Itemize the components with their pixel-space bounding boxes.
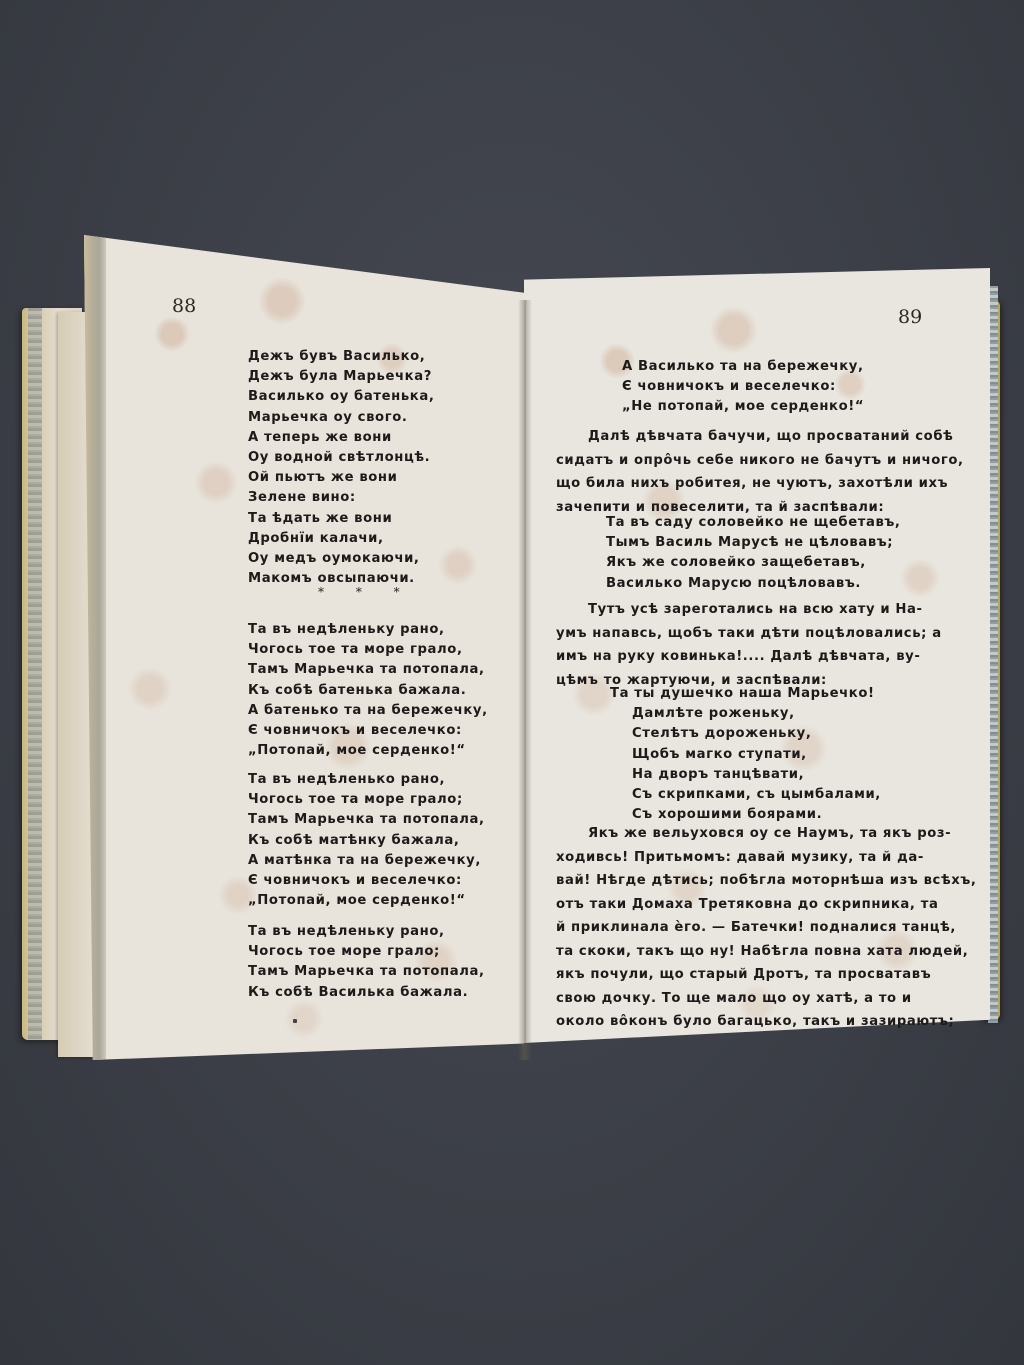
verse-line: Къ собѣ Василька бажала. bbox=[248, 983, 485, 1003]
left-stanza-2: Та въ недѣленьку рано, Чогось тое та мор… bbox=[248, 620, 488, 761]
verse-line: Та ты душечко наша Марьечко! bbox=[610, 684, 881, 704]
verse-line: Марьечка оу свого. bbox=[248, 408, 434, 428]
prose-line: около вôконъ було багацько, такъ и зазир… bbox=[556, 1010, 976, 1034]
prose-line: сидатъ и опрôчь себе никого не бачутъ и … bbox=[556, 449, 964, 473]
prose-line: умъ напавсь, щобъ таки дѣти поцѣловались… bbox=[556, 622, 942, 646]
verse-line: Та въ саду соловейко не щебетавъ, bbox=[606, 513, 901, 533]
verse-line: А Василько та на бережечку, bbox=[622, 357, 864, 377]
verse-line: Щобъ магко ступати, bbox=[610, 745, 881, 765]
prose-line: Далѣ дѣвчата бачучи, що просватаний собѣ bbox=[556, 425, 964, 449]
prose-line: отъ таки Домаха Третяковна до скрипника,… bbox=[556, 893, 976, 917]
book-gutter bbox=[518, 300, 532, 1060]
verse-line: Та въ недѣленьку рано, bbox=[248, 922, 485, 942]
right-stanza-1: А Василько та на бережечку, Є човничокъ … bbox=[622, 357, 864, 418]
verse-line: Дежъ бувъ Василько, bbox=[248, 347, 434, 367]
verse-line: Василько Марусю поцѣловавъ. bbox=[606, 574, 901, 594]
verse-line: Чогось тое та море грало; bbox=[248, 790, 485, 810]
right-paragraph-2: Тутъ усѣ зареготались на всю хату и На- … bbox=[556, 598, 942, 692]
verse-line: Тамъ Марьечка та потопала, bbox=[248, 660, 488, 680]
page-number-left: 88 bbox=[172, 295, 196, 317]
cover-edge bbox=[28, 308, 42, 1040]
prose-line: й приклинала ѐго. — Батечки! подналися т… bbox=[556, 916, 976, 940]
verse-line: Къ собѣ матѣнку бажала, bbox=[248, 831, 485, 851]
open-book: 88 Дежъ бувъ Василько, Дежъ була Марьечк… bbox=[0, 0, 1024, 1365]
verse-line: Зелене вино: bbox=[248, 488, 434, 508]
verse-line: Чогось тое море грало; bbox=[248, 942, 485, 962]
verse-line: А батенько та на бережечку, bbox=[248, 701, 488, 721]
verse-line: Тамъ Марьечка та потопала, bbox=[248, 810, 485, 830]
left-stanza-3: Та въ недѣленько рано, Чогось тое та мор… bbox=[248, 770, 485, 911]
prose-line: вай! Нѣгде дѣтись; побѣгла моторнѣша изъ… bbox=[556, 869, 976, 893]
verse-line: Дамлѣте роженьку, bbox=[610, 704, 881, 724]
verse-line: Дробнїи калачи, bbox=[248, 529, 434, 549]
page-number-right: 89 bbox=[898, 306, 922, 328]
verse-line: Стелѣтъ дороженьку, bbox=[610, 724, 881, 744]
verse-line: Дежъ була Марьечка? bbox=[248, 367, 434, 387]
prose-line: та скоки, такъ що ну! Набѣгла повна хата… bbox=[556, 940, 976, 964]
prose-line: имъ на руку ковинька!.... Далѣ дѣвчата, … bbox=[556, 645, 942, 669]
verse-line: На дворъ танцѣвати, bbox=[610, 765, 881, 785]
verse-line: „Не потопай, мое серденко!“ bbox=[622, 397, 864, 417]
verse-line: А теперь же вони bbox=[248, 428, 434, 448]
verse-line: Ой пьютъ же вони bbox=[248, 468, 434, 488]
verse-line: Якъ же соловейко защебетавъ, bbox=[606, 553, 901, 573]
prose-line: якъ почули, що старый Дротъ, та просвата… bbox=[556, 963, 976, 987]
verse-line: Оу водной свѣтлонцѣ. bbox=[248, 448, 434, 468]
verse-line: Тамъ Марьечка та потопала, bbox=[248, 962, 485, 982]
prose-line: Тутъ усѣ зареготались на всю хату и На- bbox=[556, 598, 942, 622]
left-stanza-4: Та въ недѣленьку рано, Чогось тое море г… bbox=[248, 922, 485, 1003]
prose-line: ходивсь! Притьмомъ: давай музику, та й д… bbox=[556, 846, 976, 870]
verse-line: Съ скрипками, съ цымбалами, bbox=[610, 785, 881, 805]
prose-line: свою дочку. То ще мало що оу хатѣ, а то … bbox=[556, 987, 976, 1011]
verse-line: „Потопай, мое серденко!“ bbox=[248, 891, 485, 911]
prose-line: Якъ же вельуховся оу се Наумъ, та якъ ро… bbox=[556, 822, 976, 846]
verse-line: Та въ недѣленьку рано, bbox=[248, 620, 488, 640]
verse-line: Та въ недѣленько рано, bbox=[248, 770, 485, 790]
left-stanza-1: Дежъ бувъ Василько, Дежъ була Марьечка? … bbox=[248, 347, 434, 589]
verse-line: А матѣнка та на бережечку, bbox=[248, 851, 485, 871]
verse-line: Василько оу батенька, bbox=[248, 387, 434, 407]
verse-line: Та ѣдать же вони bbox=[248, 509, 434, 529]
verse-line: Тымъ Василь Марусѣ не цѣловавъ; bbox=[606, 533, 901, 553]
verse-line: „Потопай, мое серденко!“ bbox=[248, 741, 488, 761]
section-separator: * * * bbox=[318, 585, 414, 599]
verse-line: Є човничокъ и веселечко: bbox=[248, 871, 485, 891]
right-paragraph-1: Далѣ дѣвчата бачучи, що просватаний собѣ… bbox=[556, 425, 964, 519]
right-stanza-2: Та въ саду соловейко не щебетавъ, Тымъ В… bbox=[606, 513, 901, 594]
ink-mark bbox=[293, 1019, 297, 1023]
verse-line: Къ собѣ батенька бажала. bbox=[248, 681, 488, 701]
right-stanza-3: Та ты душечко наша Марьечко! Дамлѣте рож… bbox=[610, 684, 881, 825]
prose-line: що била нихъ робитея, не чуютъ, захотѣли… bbox=[556, 472, 964, 496]
verse-line: Є човничокъ и веселечко: bbox=[622, 377, 864, 397]
verse-line: Оу медъ оумокаючи, bbox=[248, 549, 434, 569]
verse-line: Є човничокъ и веселечко: bbox=[248, 721, 488, 741]
right-paragraph-3: Якъ же вельуховся оу се Наумъ, та якъ ро… bbox=[556, 822, 976, 1034]
verse-line: Чогось тое та море грало, bbox=[248, 640, 488, 660]
